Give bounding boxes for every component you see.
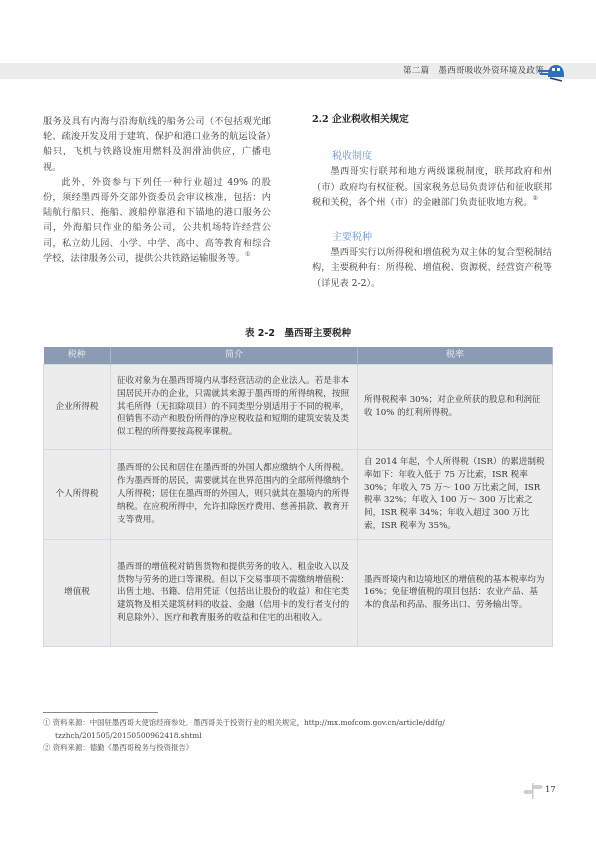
paragraph: 此外，外资参与下列任一种行业超过 49% 的股份，须经墨西哥外交部外资委员会审议… [43,175,271,266]
footnote-text[interactable]: 资料来源：中国驻墨西哥大使馆经商参处．墨西哥关于投资行业的相关规定，http:/… [53,718,445,727]
tax-rate: 自 2014 年起，个人所得税（ISR）的累进制税率如下：年收入低于 75 万比… [358,450,553,540]
header-title: 墨西哥吸收外资环境及政策 [438,66,544,76]
paragraph: 墨西哥实行联邦和地方两级课税制度，联邦政府和州（市）政府均有权征税。国家税务总局… [312,164,552,210]
footnote-1-continued[interactable]: tzzhch/201505/20150500962418.shtml [43,730,558,743]
table-row: 增值税 墨西哥的增值税对销售货物和提供劳务的收入、租金收入以及货物与劳务的进口等… [44,539,553,646]
column-header: 税率 [358,347,553,365]
footnote-ref[interactable]: ① [245,251,250,258]
section-heading: 2.2 企业税收相关规定 [312,112,552,127]
paragraph-text: 此外，外资参与下列任一种行业超过 49% 的股份，须经墨西哥外交部外资委员会审议… [43,177,271,264]
table-row: 企业所得税 征收对象为在墨西哥境内从事经营活动的企业法人。若是非本国居民开办的企… [44,365,553,450]
table-header-row: 税种 简介 税率 [44,347,553,365]
train-icon [538,62,566,82]
tax-intro: 墨西哥的增值税对销售货物和提供劳务的收入、租金收入以及货物与劳务的进口等课税。但… [111,539,358,646]
footnote-marker: ② [43,743,50,752]
header-section: 第二篇 [403,66,429,76]
tax-intro: 墨西哥的公民和居住在墨西哥的外国人都应缴纳个人所得税。作为墨西哥的居民，需要就其… [111,450,358,540]
table-caption: 表 2-2 墨西哥主要税种 [43,325,553,339]
tax-intro: 征收对象为在墨西哥境内从事经营活动的企业法人。若是非本国居民开办的企业，只需就其… [111,365,358,450]
footnote-1: ① 资料来源：中国驻墨西哥大使馆经商参处．墨西哥关于投资行业的相关规定，http… [43,717,558,730]
paragraph: 墨西哥实行以所得税和增值税为双主体的复合型税制结构，主要税种有：所得税、增值税、… [312,245,552,291]
tax-table: 税种 简介 税率 企业所得税 征收对象为在墨西哥境内从事经营活动的企业法人。若是… [43,347,553,647]
tax-name: 企业所得税 [44,365,111,450]
paragraph: 服务及具有内海与沿海航线的船务公司（不包括观光邮轮、疏浚开发及用于建筑、保护和港… [43,114,271,175]
subsection-heading: 税收制度 [312,149,552,164]
tax-rate: 墨西哥境内和边境地区的增值税的基本税率均为 16%；免征增值税的项目包括：农业产… [358,539,553,646]
tax-name: 个人所得税 [44,450,111,540]
table-row: 个人所得税 墨西哥的公民和居住在墨西哥的外国人都应缴纳个人所得税。作为墨西哥的居… [44,450,553,540]
right-column: 2.2 企业税收相关规定 税收制度 墨西哥实行联邦和地方两级课税制度，联邦政府和… [312,112,552,291]
tax-name: 增值税 [44,539,111,646]
tax-rate: 所得税税率 30%；对企业所获的股息和利润征收 10% 的红利所得税。 [358,365,553,450]
page-number: 17 [545,785,556,795]
footnote-divider [43,712,158,713]
paragraph-text: 墨西哥实行联邦和地方两级课税制度，联邦政府和州（市）政府均有权征税。国家税务总局… [312,166,552,207]
subsection-heading: 主要税种 [312,230,552,245]
footnote-marker: ① [43,718,50,727]
signpost-icon [522,783,544,799]
column-header: 税种 [44,347,111,365]
column-header: 简介 [111,347,358,365]
footnotes: ① 资料来源：中国驻墨西哥大使馆经商参处．墨西哥关于投资行业的相关规定，http… [43,717,558,755]
footnote-2: ② 资料来源：德勤《墨西哥税务与投资报告》 [43,742,558,755]
footnote-text: 资料来源：德勤《墨西哥税务与投资报告》 [53,743,193,752]
running-header: 第二篇 墨西哥吸收外资环境及政策 [403,64,544,78]
footnote-ref[interactable]: ② [533,195,538,202]
left-column: 服务及具有内海与沿海航线的船务公司（不包括观光邮轮、疏浚开发及用于建筑、保护和港… [43,114,271,266]
